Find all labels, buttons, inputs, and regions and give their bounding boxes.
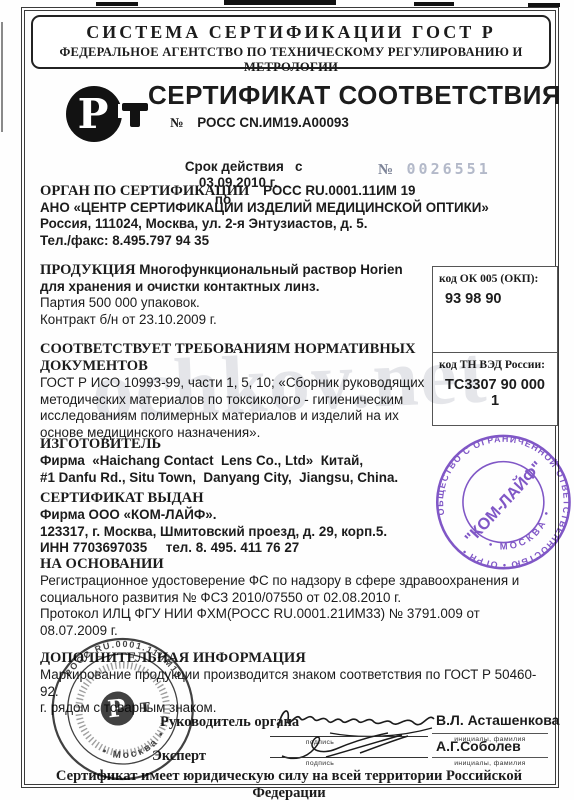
organ-address: Россия, 111024, Москва, ул. 2-я Энтузиас… (40, 216, 545, 233)
okp-code-box: код ОК 005 (ОКП): 93 98 90 (432, 266, 558, 358)
okp-label: код ОК 005 (ОКП): (439, 272, 551, 285)
stamp-company-name: "КОМ-ЛАЙФ" (461, 457, 547, 547)
issued-to-address: 123317, г. Москва, Шмитовский проезд, д.… (40, 524, 460, 541)
manufacturer-name: Фирма «Haichang Contact Lens Co., Ltd» К… (40, 453, 460, 470)
name-line (432, 733, 548, 734)
okp-value: 93 98 90 (439, 291, 551, 307)
blank-number-sign: № (378, 162, 394, 178)
basis-protocol: Протокол ИЛЦ ФГУ НИИ ФХМ(РОСС RU.0001.21… (40, 606, 548, 639)
basis-heading: НА ОСНОВАНИИ (40, 556, 548, 573)
organ-name: АНО «ЦЕНТР СЕРТИФИКАЦИИ ИЗДЕЛИЙ МЕДИЦИНС… (40, 200, 545, 217)
additional-heading: ДОПОЛНИТЕЛЬНАЯ ИНФОРМАЦИЯ (40, 650, 548, 667)
issued-to-heading: СЕРТИФИКАТ ВЫДАН (40, 490, 460, 507)
name-caption: инициалы, фамилия (432, 760, 548, 767)
compliance-section: СООТВЕТСТВУЕТ ТРЕБОВАНИЯМ НОРМАТИВНЫХ ДО… (40, 341, 432, 441)
organ-phone: Тел./факс: 8.495.797 94 35 (40, 233, 545, 250)
expert-role: Эксперт (152, 748, 206, 765)
certification-system-title: СИСТЕМА СЕРТИФИКАЦИИ ГОСТ Р (33, 22, 549, 43)
blank-number-row: № 0026551 (378, 160, 491, 179)
compliance-heading: СООТВЕТСТВУЕТ ТРЕБОВАНИЯМ НОРМАТИВНЫХ ДО… (40, 341, 432, 375)
tnved-value: ТС3307 90 000 1 (439, 377, 551, 409)
organ-heading: ОРГАН ПО СЕРТИФИКАЦИИ (40, 183, 249, 199)
name-line (432, 757, 548, 758)
certificate-number: РОСС CN.ИМ19.А00093 (197, 115, 349, 130)
svg-text:• МОСКВА •: • МОСКВА • (481, 506, 559, 557)
expert-name: А.Г.Соболев (436, 738, 521, 754)
certificate-number-row: № РОСС CN.ИМ19.А00093 (170, 115, 349, 132)
scan-artifact (414, 2, 454, 6)
tnved-label: код ТН ВЭД России: (439, 358, 551, 371)
federal-agency-subtitle: ФЕДЕРАЛЬНОЕ АГЕНТСТВО ПО ТЕХНИЧЕСКОМУ РЕ… (33, 45, 549, 75)
issued-to-inn-phone: ИНН 7703697035 тел. 8. 495. 411 76 27 (40, 540, 460, 557)
certification-body-section: ОРГАН ПО СЕРТИФИКАЦИИ РОСС RU.0001.11ИМ … (40, 183, 545, 249)
scan-artifact (224, 0, 336, 5)
certificate-title: СЕРТИФИКАТ СООТВЕТСТВИЯ (148, 80, 561, 111)
blank-number: 0026551 (407, 160, 491, 178)
basis-registration: Регистрационное удостоверение ФС по надз… (40, 573, 548, 606)
legal-footer: Сертификат имеет юридическую силу на все… (24, 768, 554, 800)
production-batch: Партия 500 000 упаковок. (40, 295, 428, 312)
rst-logo: Р (62, 76, 154, 157)
production-section: ПРОДУКЦИЯ Многофункциональный раствор Ho… (40, 262, 428, 328)
issued-to-name: Фирма ООО «КОМ-ЛАЙФ». (40, 507, 460, 524)
manufacturer-heading: ИЗГОТОВИТЕЛЬ (40, 436, 460, 453)
basis-section: НА ОСНОВАНИИ Регистрационное удостоверен… (40, 556, 548, 639)
signature-caption: подпись (290, 760, 350, 767)
manufacturer-address: #1 Danfu Rd., Situ Town, Danyang City, J… (40, 470, 460, 487)
certificate-page: СИСТЕМА СЕРТИФИКАЦИИ ГОСТ Р ФЕДЕРАЛЬНОЕ … (0, 0, 574, 800)
production-contract: Контракт б/н от 23.10.2009 г. (40, 312, 428, 329)
organ-code: РОСС RU.0001.11ИМ 19 (263, 183, 415, 198)
stamp-city-text: • МОСКВА • (481, 506, 559, 557)
scan-artifact (96, 2, 138, 6)
tnved-code-box: код ТН ВЭД России: ТС3307 90 000 1 (432, 352, 558, 426)
rst-letter-p: Р (78, 90, 109, 138)
scan-artifact (528, 3, 560, 7)
issued-to-section: СЕРТИФИКАТ ВЫДАН Фирма ООО «КОМ-ЛАЙФ». 1… (40, 490, 460, 557)
head-name: В.Л. Асташенкова (436, 712, 559, 728)
header-box: СИСТЕМА СЕРТИФИКАЦИИ ГОСТ Р ФЕДЕРАЛЬНОЕ … (31, 15, 551, 69)
compliance-text: ГОСТ Р ИСО 10993-99, части 1, 5, 10; «Сб… (40, 375, 432, 441)
signature-line (270, 757, 428, 758)
validity-label: Срок действия с (185, 159, 303, 174)
manufacturer-section: ИЗГОТОВИТЕЛЬ Фирма «Haichang Contact Len… (40, 436, 460, 486)
number-sign: № (170, 115, 183, 130)
scan-artifact (1, 22, 3, 132)
production-heading: ПРОДУКЦИЯ (40, 262, 136, 278)
